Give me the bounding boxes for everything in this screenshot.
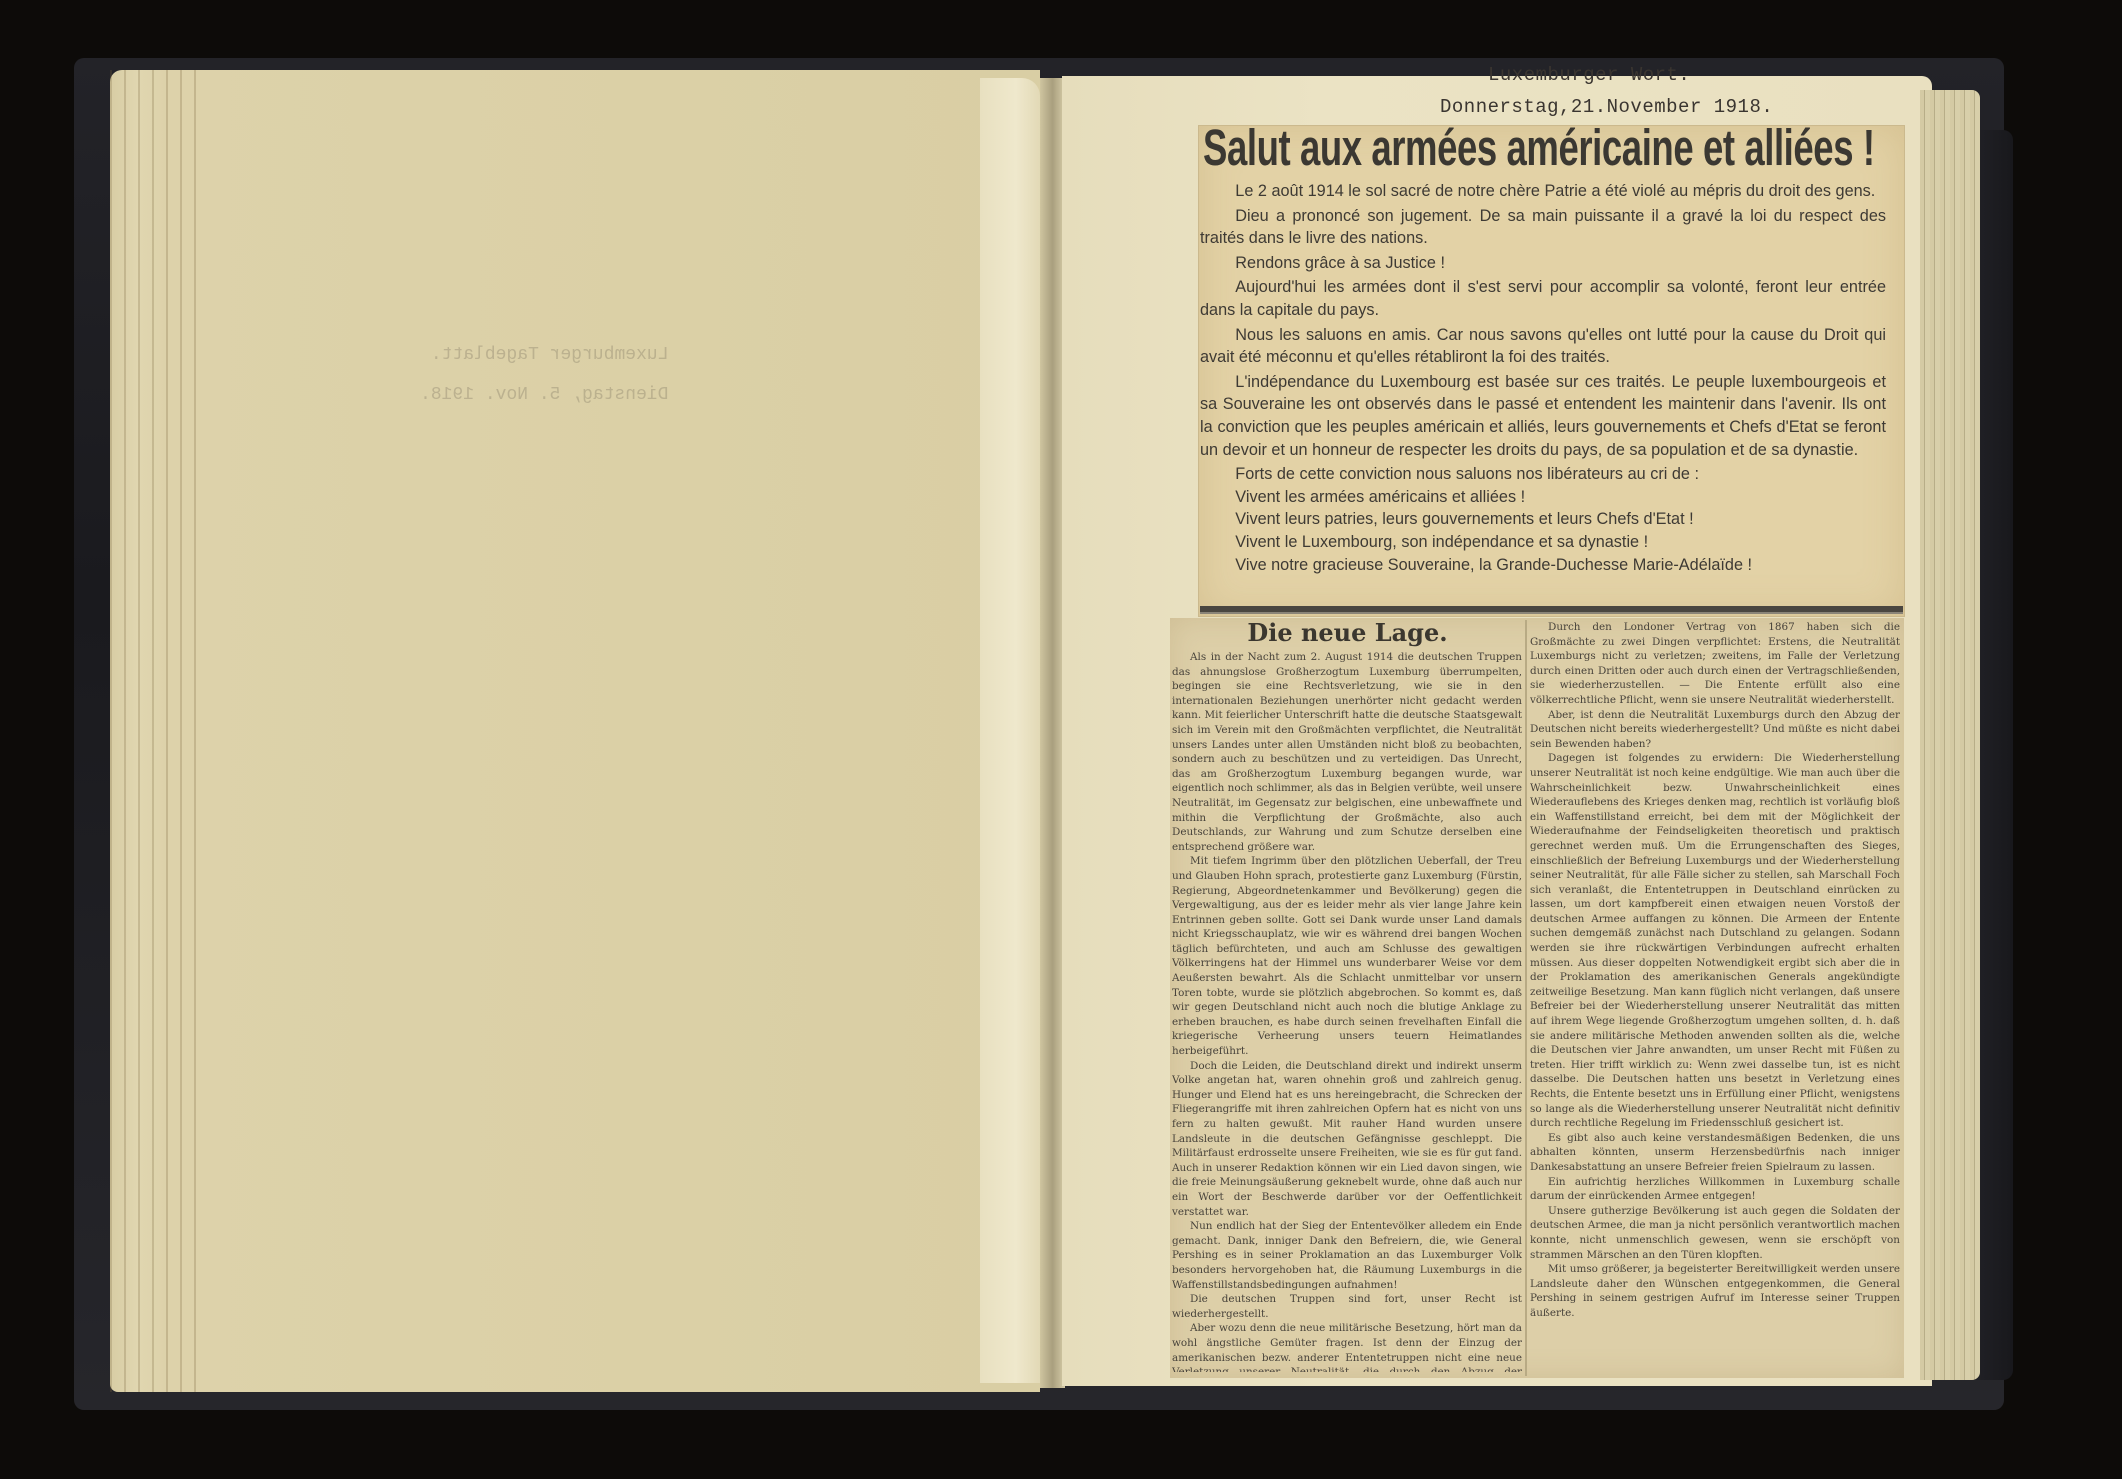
- de-paragraph: Mit tiefem Ingrimm über den plötzlichen …: [1172, 854, 1522, 1058]
- de-paragraph: Aber wozu denn die neue militärische Bes…: [1172, 1321, 1522, 1372]
- french-bottom-rule: [1200, 606, 1903, 614]
- fr-paragraph: Vivent les armées américains et alliées …: [1200, 486, 1886, 509]
- fr-paragraph: Vivent le Luxembourg, son indépendance e…: [1200, 531, 1886, 554]
- fr-paragraph: Vive notre gracieuse Souveraine, la Gran…: [1200, 554, 1886, 577]
- bleed-line-1: Luxemburger Tageblatt.: [420, 335, 668, 375]
- left-page: [110, 70, 1040, 1392]
- de-paragraph: Aber, ist denn die Neutralität Luxemburg…: [1530, 708, 1900, 752]
- french-headline: Salut aux armées américaine et alliées !: [1203, 120, 1784, 178]
- german-title: Die neue Lage.: [1170, 618, 1525, 647]
- de-paragraph: Doch die Leiden, die Deutschland direkt …: [1172, 1059, 1522, 1220]
- de-paragraph: Ein aufrichtig herzliches Willkommen in …: [1530, 1175, 1900, 1204]
- fr-paragraph: Le 2 août 1914 le sol sacré de notre chè…: [1200, 180, 1886, 203]
- fr-paragraph: Aujourd'hui les armées dont il s'est ser…: [1200, 276, 1886, 321]
- de-paragraph: Durch den Londoner Vertrag von 1867 habe…: [1530, 620, 1900, 708]
- fr-paragraph: Forts de cette conviction nous saluons n…: [1200, 463, 1886, 486]
- left-page-edges: [110, 70, 200, 1392]
- fr-paragraph: L'indépendance du Luxembourg est basée s…: [1200, 371, 1886, 461]
- de-paragraph: Mit umso größerer, ja begeisterter Berei…: [1530, 1262, 1900, 1320]
- fr-paragraph: Rendons grâce à sa Justice !: [1200, 252, 1886, 275]
- german-column-1: Als in der Nacht zum 2. August 1914 die …: [1172, 650, 1522, 1372]
- column-separator: [1525, 620, 1527, 1376]
- fr-paragraph: Dieu a prononcé son jugement. De sa main…: [1200, 205, 1886, 250]
- de-paragraph: Als in der Nacht zum 2. August 1914 die …: [1172, 650, 1522, 854]
- de-paragraph: Es gibt also auch keine verstandesmäßige…: [1530, 1131, 1900, 1175]
- bleed-line-2: Dienstag, 5. Nov. 1918.: [420, 375, 668, 415]
- de-paragraph: Nun endlich hat der Sieg der Ententevölk…: [1172, 1219, 1522, 1292]
- left-page-bleed-through: Luxemburger Tageblatt. Dienstag, 5. Nov.…: [420, 335, 668, 415]
- fr-paragraph: Nous les saluons en amis. Car nous savon…: [1200, 324, 1886, 369]
- de-paragraph: Die deutschen Truppen sind fort, unser R…: [1172, 1292, 1522, 1321]
- left-flyleaf: [980, 78, 1040, 1383]
- right-page-edges: [1920, 90, 1980, 1380]
- typed-source: Luxemburger Wort.: [1488, 64, 1690, 86]
- typed-date: Donnerstag,21.November 1918.: [1440, 96, 1773, 118]
- fr-paragraph: Vivent leurs patries, leurs gouvernement…: [1200, 508, 1886, 531]
- german-column-2: Durch den Londoner Vertrag von 1867 habe…: [1530, 620, 1900, 1372]
- de-paragraph: Unsere gutherzige Bevölkerung ist auch g…: [1530, 1204, 1900, 1262]
- french-body: Le 2 août 1914 le sol sacré de notre chè…: [1200, 180, 1886, 576]
- de-paragraph: Dagegen ist folgendes zu erwidern: Die W…: [1530, 751, 1900, 1130]
